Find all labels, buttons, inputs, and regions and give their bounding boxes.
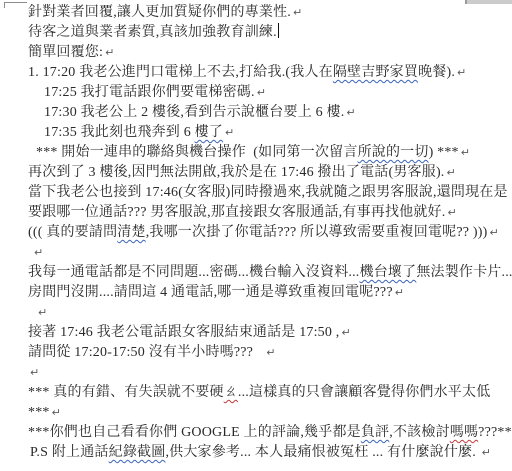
paragraph-mark-icon: ↵ <box>105 46 114 59</box>
text-line[interactable]: ↵ <box>28 243 508 263</box>
text-run: *** 真的有錯、有失誤就不要硬 <box>28 385 224 400</box>
grammar-flagged-text: 紀錄截圖 <box>109 445 166 460</box>
text-line[interactable]: 待客之道與業者素質,真該加強教育訓練. <box>28 23 508 43</box>
paragraph-mark-icon: ↵ <box>225 126 234 139</box>
text-run: 1. 17:20 我老公進門口電梯上不去,打給我.(我人在 <box>28 65 333 80</box>
text-run: 接著 17:46 我老公電話跟女客服結束通話是 17:50 , <box>28 325 339 340</box>
paragraph-mark-icon: ↵ <box>30 366 39 379</box>
paragraph-mark-icon: ↵ <box>266 346 275 359</box>
text-line[interactable]: 17:30 我老公上 2 樓後,看到告示說櫃台要上 6 樓.↵ <box>28 103 508 123</box>
text-run: 簡單回覆您: <box>28 45 103 60</box>
text-line[interactable]: ↵ <box>28 303 508 323</box>
text-run: 再次到了 3 樓後,因門無法開啟,我於是在 17:46 撥出了電話(男客服). <box>28 165 445 180</box>
text-line[interactable]: 接著 17:46 我老公電話跟女客服結束通話是 17:50 ,↵ <box>28 323 508 343</box>
paragraph-mark-icon: ↵ <box>38 306 47 319</box>
text-run: 房間門沒開....請問這 4 通電話,哪一通是導致重複回電呢??? <box>28 285 393 300</box>
spelling-flagged-text: 嗎嗎 <box>450 425 478 440</box>
text-run: ...這樣真的只會讓顧客覺得你們水平太低 <box>238 385 491 400</box>
text-line[interactable]: 17:35 我此刻也飛奔到 6 樓了↵ <box>28 123 508 143</box>
text-line[interactable]: 針對業者回覆,讓人更加質疑你們的專業性.↵ <box>28 3 508 23</box>
grammar-flagged-text: 機台壞了 <box>360 265 417 280</box>
grammar-flagged-text: 隔壁吉野家買 <box>333 65 418 80</box>
text-run: 17:25 我打電話跟你們要電梯密碼. <box>44 85 255 100</box>
text-run: ,我哪一次掛了你電話??? 所以導致需要重複回電呢?? ))) <box>146 225 488 240</box>
paragraph-mark-icon: ↵ <box>293 6 302 19</box>
paragraph-mark-icon: ↵ <box>447 166 456 179</box>
text-run: 針對業者回覆,讓人更加質疑你們的專業性. <box>28 5 291 20</box>
text-run: ***你們也自己看看你們 GOOGLE 上的評論,幾乎都是 <box>28 425 361 440</box>
text-line[interactable]: 1. 17:20 我老公進門口電梯上不去,打給我.(我人在隔壁吉野家買晚餐).↵ <box>28 63 508 83</box>
text-line[interactable]: *** 真的有錯、有失誤就不要硬ㄠ...這樣真的只會讓顧客覺得你們水平太低 <box>28 383 508 403</box>
text-run: ???*** <box>478 425 512 440</box>
text-run: 17:30 我老公上 2 樓後,看到告示說櫃台要上 6 樓. <box>44 105 344 120</box>
text-run: ,不該檢討 <box>389 425 450 440</box>
text-run: 晚餐). <box>418 65 455 80</box>
paragraph-mark-icon: ↵ <box>346 106 355 119</box>
paragraph-mark-icon: ↵ <box>447 206 456 219</box>
text-line[interactable]: ***你們也自己看看你們 GOOGLE 上的評論,幾乎都是負評,不該檢討嗎嗎??… <box>28 423 508 443</box>
document-page: { "page": { "background": "#ffffff", "te… <box>0 0 512 471</box>
grammar-flagged-text: 清楚 <box>117 225 145 240</box>
text-run: 無法製作卡片... <box>416 265 512 280</box>
paragraph-mark-icon: ↵ <box>257 86 266 99</box>
page-margin-crop-mark <box>4 2 5 8</box>
text-line[interactable]: 當下我老公也接到 17:46(女客服)同時撥過來,我就隨之跟男客服說,還問現在是 <box>28 183 508 203</box>
text-run: 我每一通電話都是不同問題...密碼...機台輸入沒資料... <box>28 265 360 280</box>
paragraph-mark-icon: ↵ <box>52 406 61 419</box>
page-margin-crop-mark <box>4 2 27 3</box>
text-cursor <box>278 23 280 38</box>
text-run: 當下我老公也接到 17:46(女客服)同時撥過來,我就隨之跟男客服說,還問現在是 <box>28 185 508 200</box>
text-line[interactable]: 17:25 我打電話跟你們要電梯密碼.↵ <box>28 83 508 103</box>
text-line[interactable]: 我每一通電話都是不同問題...密碼...機台輸入沒資料...機台壞了無法製作卡片… <box>28 263 508 283</box>
grammar-flagged-text: 樓了 <box>195 125 223 140</box>
paragraph-mark-icon: ↵ <box>489 226 498 239</box>
text-line[interactable]: ***↵ <box>28 403 508 423</box>
paragraph-mark-icon: ↵ <box>482 446 491 459</box>
text-run: ) *** <box>429 145 459 160</box>
text-line[interactable]: *** 開始一連串的聯絡與機台操作 (如同第一次留言所說的一切) ***↵ <box>28 143 508 163</box>
text-line[interactable]: ↵ <box>28 363 508 383</box>
text-line[interactable]: 簡單回覆您:↵ <box>28 43 508 63</box>
text-line[interactable]: 請問從 17:20-17:50 沒有半小時嗎??? ↵ <box>28 343 508 363</box>
text-line[interactable]: 房間門沒開....請問這 4 通電話,哪一通是導致重複回電呢???↵ <box>28 283 508 303</box>
text-run: 請問從 17:20-17:50 沒有半小時嗎??? <box>28 345 264 360</box>
grammar-flagged-text: 所說的一切 <box>358 145 429 160</box>
text-run: ((( 真的要請問 <box>28 225 117 240</box>
text-run: *** <box>28 405 50 420</box>
text-run: P.S 附上通話 <box>30 445 109 460</box>
text-run: 要跟哪一位通話??? 男客服說,那直接跟女客服通話,有事再找他就好. <box>28 205 445 220</box>
paragraph-mark-icon: ↵ <box>341 326 350 339</box>
text-line[interactable]: 要跟哪一位通話??? 男客服說,那直接跟女客服通話,有事再找他就好.↵ <box>28 203 508 223</box>
text-run: 待客之道與業者素質,真該加強教育訓練. <box>28 25 277 40</box>
paragraph-mark-icon: ↵ <box>395 286 404 299</box>
text-run: *** 開始一連串的聯絡與機台操作 (如同第一次留言 <box>36 145 358 160</box>
paragraph-mark-icon: ↵ <box>457 66 466 79</box>
text-run: 17:35 我此刻也飛奔到 6 <box>44 125 195 140</box>
document-text[interactable]: 針對業者回覆,讓人更加質疑你們的專業性.↵待客之道與業者素質,真該加強教育訓練.… <box>28 3 508 463</box>
text-line[interactable]: P.S 附上通話紀錄截圖,供大家參考... 本人最痛恨被冤枉 ... 有什麼說什… <box>28 443 508 463</box>
text-line[interactable]: 再次到了 3 樓後,因門無法開啟,我於是在 17:46 撥出了電話(男客服).↵ <box>28 163 508 183</box>
paragraph-mark-icon: ↵ <box>34 246 43 259</box>
text-line[interactable]: ((( 真的要請問清楚,我哪一次掛了你電話??? 所以導致需要重複回電呢?? )… <box>28 223 508 243</box>
text-run: ,供大家參考... 本人最痛恨被冤枉 ... 有什麼說什麼. <box>165 445 479 460</box>
paragraph-mark-icon: ↵ <box>461 146 470 159</box>
spelling-flagged-text: ㄠ <box>224 385 238 400</box>
grammar-flagged-text: 負評 <box>361 425 389 440</box>
